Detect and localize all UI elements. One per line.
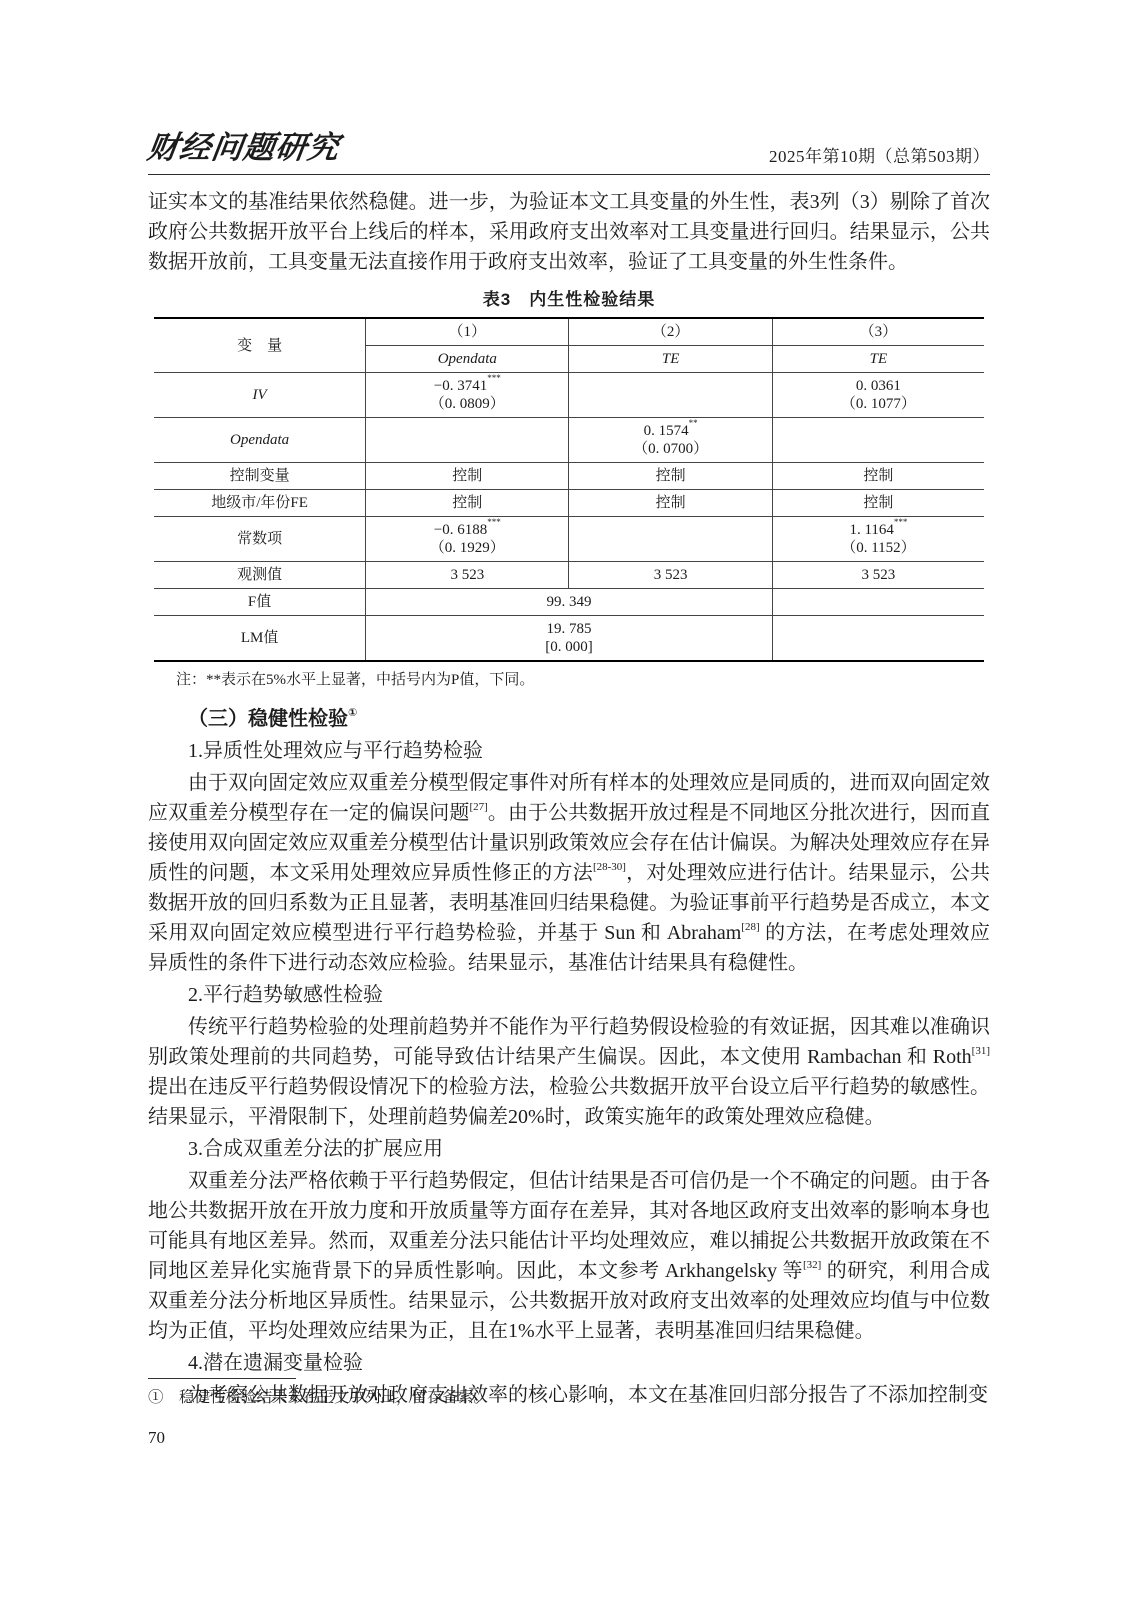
paragraph-parallel-trend-sensitivity: 传统平行趋势检验的处理前趋势并不能作为平行趋势假设检验的有效证据，因其难以准确识… <box>148 1012 990 1132</box>
page-header: 财经问题研究 2025年第10期（总第503期） <box>148 0 990 175</box>
header-col2-model: TE <box>569 346 772 373</box>
cell-iv-3: 0. 0361（0. 1077） <box>772 373 984 418</box>
subitem-2-title: 2.平行趋势敏感性检验 <box>148 980 990 1010</box>
cell-opendata-3 <box>772 418 984 463</box>
document-page: 财经问题研究 2025年第10期（总第503期） 证实本文的基准结果依然稳健。进… <box>0 0 1140 1600</box>
header-variable: 变 量 <box>154 318 366 373</box>
endogeneity-table: 变 量 （1） （2） （3） Opendata TE TE IV −0. 37… <box>154 317 984 662</box>
row-label-lm-value: LM值 <box>154 616 366 662</box>
cell-iv-2 <box>569 373 772 418</box>
cell-opendata-2: 0. 1574**（0. 0700） <box>569 418 772 463</box>
header-col1-num: （1） <box>366 318 569 346</box>
header-col3-model: TE <box>772 346 984 373</box>
section-heading-robustness: （三）稳健性检验① <box>148 704 990 734</box>
cell-constant-3: 1. 1164***（0. 1152） <box>772 517 984 562</box>
table-row-iv: IV −0. 3741***（0. 0809） 0. 0361（0. 1077） <box>154 373 984 418</box>
header-col2-num: （2） <box>569 318 772 346</box>
row-label-controls: 控制变量 <box>154 463 366 490</box>
header-col1-model: Opendata <box>366 346 569 373</box>
paragraph-heterogeneous-treatment: 由于双向固定效应双重差分模型假定事件对所有样本的处理效应是同质的，进而双向固定效… <box>148 768 990 978</box>
page-number: 70 <box>148 1428 165 1448</box>
journal-logo: 财经问题研究 <box>145 122 343 167</box>
footnote-text: ① 稳健性检验结果未在正文中列出，留存备索。 <box>148 1388 990 1408</box>
row-label-f-value: F值 <box>154 589 366 616</box>
subitem-3-title: 3.合成双重差分法的扩展应用 <box>148 1134 990 1164</box>
cell-fe-1: 控制 <box>366 490 569 517</box>
cell-obs-1: 3 523 <box>366 562 569 589</box>
cell-f-value: 99. 349 <box>366 589 773 616</box>
cell-fe-3: 控制 <box>772 490 984 517</box>
table-row-lm-value: LM值 19. 785[0. 000] <box>154 616 984 662</box>
subitem-1-title: 1.异质性处理效应与平行趋势检验 <box>148 736 990 766</box>
cell-obs-2: 3 523 <box>569 562 772 589</box>
subitem-4-title: 4.潜在遗漏变量检验 <box>148 1348 990 1378</box>
row-label-observations: 观测值 <box>154 562 366 589</box>
table-header-row-numbers: 变 量 （1） （2） （3） <box>154 318 984 346</box>
cell-constant-1: −0. 6188***（0. 1929） <box>366 517 569 562</box>
cell-controls-2: 控制 <box>569 463 772 490</box>
cell-opendata-1 <box>366 418 569 463</box>
footnote-block: ① 稳健性检验结果未在正文中列出，留存备索。 <box>148 1378 990 1408</box>
table-title: 表3 内生性检验结果 <box>148 285 990 310</box>
cell-lm-3 <box>772 616 984 662</box>
cell-constant-2 <box>569 517 772 562</box>
footnote-divider <box>148 1378 296 1379</box>
row-label-opendata: Opendata <box>154 418 366 463</box>
cell-obs-3: 3 523 <box>772 562 984 589</box>
intro-paragraph: 证实本文的基准结果依然稳健。进一步，为验证本文工具变量的外生性，表3列（3）剔除… <box>148 187 990 277</box>
cell-iv-1: −0. 3741***（0. 0809） <box>366 373 569 418</box>
table-row-observations: 观测值 3 523 3 523 3 523 <box>154 562 984 589</box>
cell-controls-3: 控制 <box>772 463 984 490</box>
paragraph-synthetic-did: 双重差分法严格依赖于平行趋势假定，但估计结果是否可信仍是一个不确定的问题。由于各… <box>148 1166 990 1346</box>
table-row-constant: 常数项 −0. 6188***（0. 1929） 1. 1164***（0. 1… <box>154 517 984 562</box>
cell-f-3 <box>772 589 984 616</box>
row-label-fe: 地级市/年份FE <box>154 490 366 517</box>
cell-fe-2: 控制 <box>569 490 772 517</box>
row-label-iv: IV <box>154 373 366 418</box>
row-label-constant: 常数项 <box>154 517 366 562</box>
table-row-fe: 地级市/年份FE 控制 控制 控制 <box>154 490 984 517</box>
cell-lm-value: 19. 785[0. 000] <box>366 616 773 662</box>
table-row-opendata: Opendata 0. 1574**（0. 0700） <box>154 418 984 463</box>
table-row-f-value: F值 99. 349 <box>154 589 984 616</box>
header-col3-num: （3） <box>772 318 984 346</box>
issue-info: 2025年第10期（总第503期） <box>769 142 990 167</box>
cell-controls-1: 控制 <box>366 463 569 490</box>
table-row-controls: 控制变量 控制 控制 控制 <box>154 463 984 490</box>
table-note: 注：**表示在5%水平上显著，中括号内为P值，下同。 <box>176 670 990 690</box>
